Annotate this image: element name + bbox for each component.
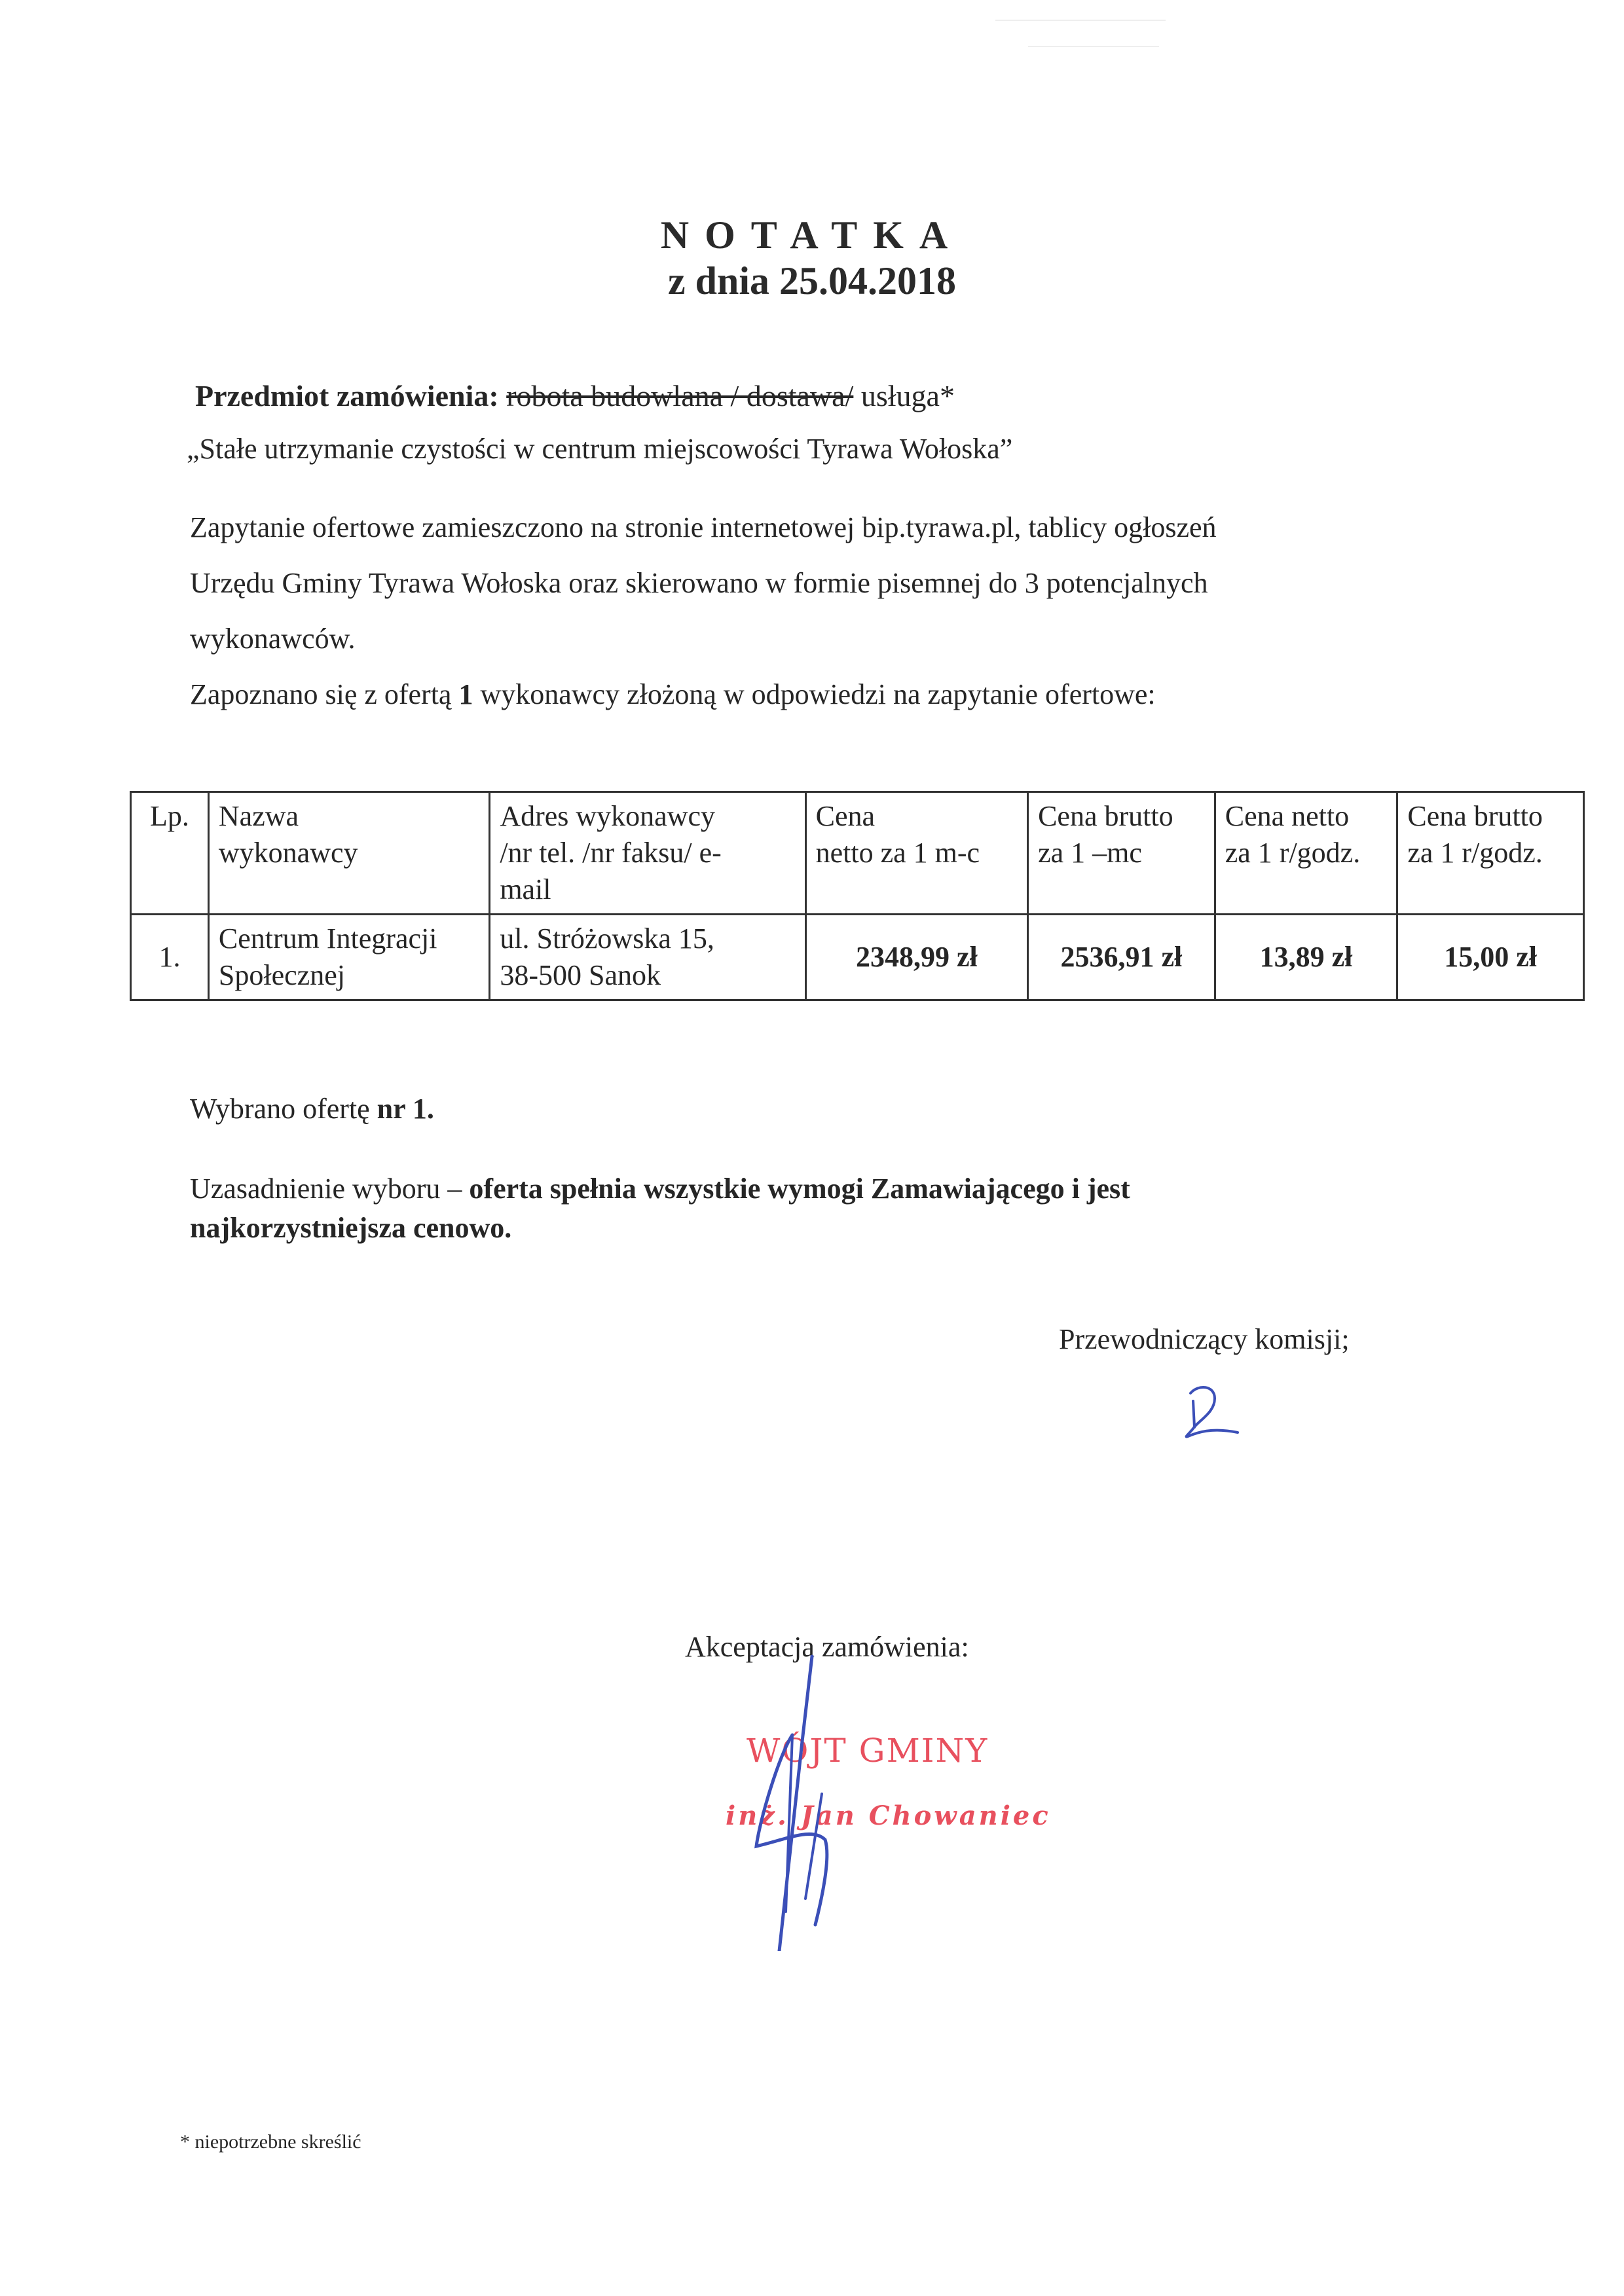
table-header-row: Lp. Nazwa wykonawcy Adres wykonawcy /nr … <box>131 792 1584 915</box>
justification-pre: Uzasadnienie wyboru – <box>190 1173 469 1205</box>
header-gross-month: Cena brutto za 1 –mc <box>1028 792 1215 915</box>
offers-table: Lp. Nazwa wykonawcy Adres wykonawcy /nr … <box>130 791 1585 1001</box>
body-line-4: Zapoznano się z ofertą 1 wykonawcy złożo… <box>190 678 1156 711</box>
cell-gross-hour: 15,00 zł <box>1397 915 1584 1000</box>
header-gross-hour: Cena brutto za 1 r/godz. <box>1397 792 1584 915</box>
justification-line-2: najkorzystniejsza cenowo. <box>190 1211 511 1245</box>
subject-name: „Stałe utrzymanie czystości w centrum mi… <box>187 432 1012 465</box>
body-line-1: Zapytanie ofertowe zamieszczono na stron… <box>190 511 1217 544</box>
cell-name: Centrum Integracji Społecznej <box>208 915 489 1000</box>
body-line-2: Urzędu Gminy Tyrawa Wołoska oraz skierow… <box>190 566 1208 600</box>
offer-count: 1 <box>458 678 473 710</box>
justification-text: oferta spełnia wszystkie wymogi Zamawiaj… <box>469 1173 1130 1205</box>
chair-signature-icon <box>1179 1381 1257 1447</box>
subject-struck-options: robota budowlana / dostawa/ <box>506 379 853 412</box>
chair-label: Przewodniczący komisji; <box>1059 1322 1350 1356</box>
cell-lp: 1. <box>131 915 209 1000</box>
body-line-4-post: wykonawcy złożoną w odpowiedzi na zapyta… <box>473 678 1155 710</box>
cell-net-month: 2348,99 zł <box>805 915 1027 1000</box>
cell-net-hour: 13,89 zł <box>1215 915 1397 1000</box>
document-date: z dnia 25.04.2018 <box>0 259 1624 304</box>
justification-line-1: Uzasadnienie wyboru – oferta spełnia wsz… <box>190 1172 1130 1205</box>
header-net-hour: Cena netto za 1 r/godz. <box>1215 792 1397 915</box>
table-row: 1. Centrum Integracji Społecznej ul. Str… <box>131 915 1584 1000</box>
cell-gross-month: 2536,91 zł <box>1028 915 1215 1000</box>
header-lp: Lp. <box>131 792 209 915</box>
footnote: * niepotrzebne skreślić <box>180 2131 361 2153</box>
subject-line: Przedmiot zamówienia: robota budowlana /… <box>195 378 955 413</box>
scan-artifact <box>995 20 1166 21</box>
chosen-offer-pre: Wybrano ofertę <box>190 1093 377 1125</box>
scan-artifact <box>1028 46 1159 47</box>
cell-address: ul. Stróżowska 15, 38-500 Sanok <box>490 915 805 1000</box>
mayor-signature-icon <box>740 1650 858 1951</box>
document-title: NOTATKA <box>0 213 1624 258</box>
header-address: Adres wykonawcy /nr tel. /nr faksu/ e- m… <box>490 792 805 915</box>
header-net-month: Cena netto za 1 m-c <box>805 792 1027 915</box>
chosen-offer-number: nr 1. <box>377 1093 434 1125</box>
subject-selected-option: usługa* <box>861 379 955 412</box>
chosen-offer: Wybrano ofertę nr 1. <box>190 1092 434 1125</box>
body-line-4-pre: Zapoznano się z ofertą <box>190 678 458 710</box>
header-name: Nazwa wykonawcy <box>208 792 489 915</box>
subject-label: Przedmiot zamówienia: <box>195 379 499 412</box>
body-line-3: wykonawców. <box>190 622 356 655</box>
